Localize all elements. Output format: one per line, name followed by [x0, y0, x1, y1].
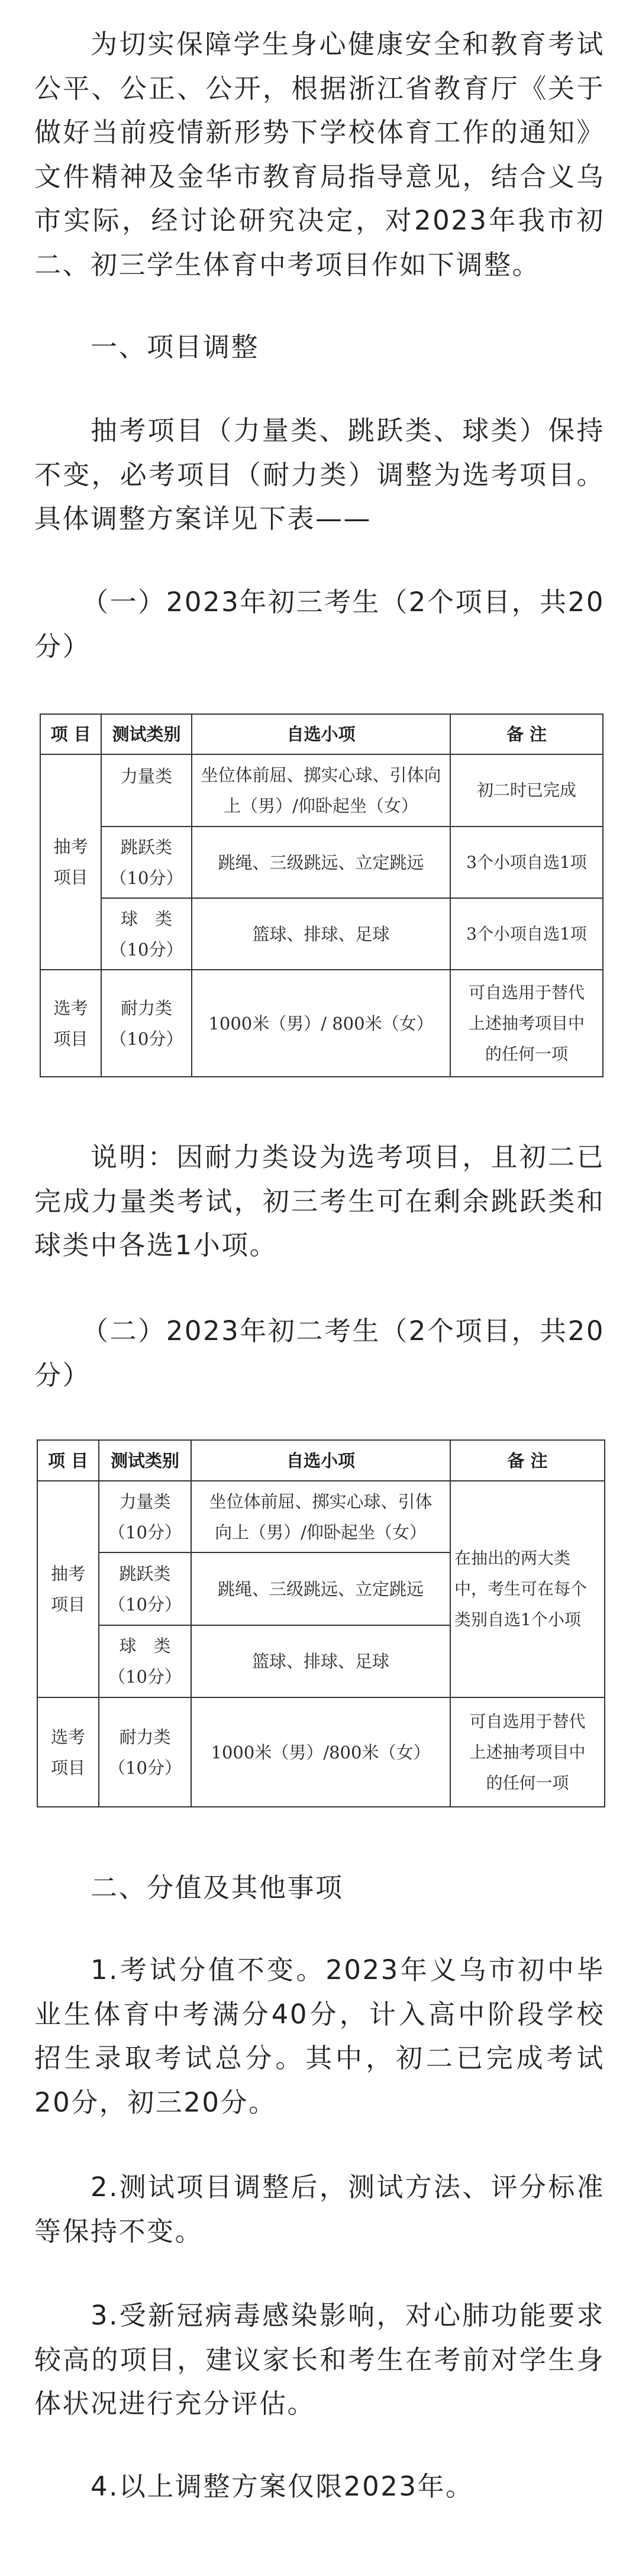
table-header-row: 项 目 测试类别 自选小项 备 注	[37, 1440, 605, 1481]
category-cell: 跳跃类（10分）	[99, 1552, 191, 1625]
table-header-row: 项 目 测试类别 自选小项 备 注	[40, 714, 603, 754]
table-row: 选考项目 耐力类（10分） 1000米（男）/800米（女） 可自选用于替代上述…	[37, 1697, 605, 1807]
category-label: 跳跃类	[103, 1558, 187, 1589]
intro-paragraph: 为切实保障学生身心健康安全和教育考试公平、公正、公开，根据浙江省教育厅《关于做好…	[34, 22, 605, 287]
group-label: 抽考项目	[53, 831, 89, 893]
items-cell: 1000米（男）/ 800米（女）	[192, 970, 450, 1077]
note-text: 在抽出的两大类中，考生可在每个类别自选1个小项	[454, 1543, 601, 1635]
header-items: 自选小项	[191, 1440, 450, 1481]
shared-note-cell: 在抽出的两大类中，考生可在每个类别自选1个小项	[450, 1481, 605, 1697]
note-text: 可自选用于替代上述抽考项目中的任何一项	[464, 977, 589, 1070]
sub2-heading: （二）2023年初二考生（2个项目，共20分）	[34, 1309, 605, 1397]
items-cell: 坐位体前屈、掷实心球、引体向上（男）/仰卧起坐（女）	[191, 1481, 450, 1552]
group-draw-exam: 抽考项目	[40, 754, 101, 970]
category-cell: 跳跃类（10分）	[101, 827, 192, 898]
note-cell: 3个小项自选1项	[450, 827, 603, 898]
category-label: 耐力类	[105, 993, 188, 1024]
table-row: 球 类（10分） 篮球、排球、足球 3个小项自选1项	[40, 898, 603, 970]
category-cell: 耐力类（10分）	[101, 970, 192, 1077]
table-row: 抽考项目 力量类（10分） 坐位体前屈、掷实心球、引体向上（男）/仰卧起坐（女）…	[37, 1481, 605, 1552]
category-cell: 力量类	[101, 754, 192, 827]
category-cell: 力量类（10分）	[99, 1481, 191, 1552]
section2-item-2: 2.测试项目调整后，测试方法、评分标准等保持不变。	[34, 2165, 605, 2254]
table-row: 抽考项目 力量类 坐位体前屈、掷实心球、引体向上（男）/仰卧起坐（女） 初二时已…	[40, 754, 603, 827]
category-label: 球 类	[103, 1631, 187, 1661]
category-cell: 耐力类（10分）	[99, 1697, 191, 1807]
section1-heading: 一、项目调整	[34, 325, 605, 370]
category-score: （10分）	[103, 1752, 187, 1783]
category-cell: 球 类（10分）	[101, 898, 192, 970]
group-label: 选考项目	[53, 993, 89, 1054]
items-cell: 1000米（男）/800米（女）	[191, 1697, 450, 1807]
header-category: 测试类别	[99, 1440, 191, 1481]
explanation-paragraph: 说明：因耐力类设为选考项目，且初二已完成力量类考试，初三考生可在剩余跳跃类和球类…	[34, 1135, 605, 1268]
section2-item-1: 1.考试分值不变。2023年义乌市初中毕业生体育中考满分40分，计入高中阶段学校…	[34, 1948, 605, 2125]
items-cell: 坐位体前屈、掷实心球、引体向上（男）/仰卧起坐（女）	[192, 754, 450, 827]
category-label: 耐力类	[103, 1722, 187, 1752]
group-optional-exam: 选考项目	[37, 1697, 99, 1807]
items-text: 坐位体前屈、掷实心球、引体向上（男）/仰卧起坐（女）	[208, 1486, 433, 1548]
group-optional-exam: 选考项目	[40, 970, 101, 1077]
header-items: 自选小项	[192, 714, 450, 754]
category-cell: 球 类（10分）	[99, 1625, 191, 1697]
category-score: （10分）	[103, 1589, 187, 1620]
table-grade9: 项 目 测试类别 自选小项 备 注 抽考项目 力量类 坐位体前屈、掷实心球、引体…	[40, 714, 603, 1077]
items-cell: 篮球、排球、足球	[191, 1625, 450, 1697]
table-row: 选考项目 耐力类（10分） 1000米（男）/ 800米（女） 可自选用于替代上…	[40, 970, 603, 1077]
category-score: （10分）	[105, 863, 188, 893]
note-cell: 3个小项自选1项	[450, 898, 603, 970]
group-label: 抽考项目	[50, 1558, 86, 1620]
category-score: （10分）	[103, 1517, 187, 1548]
note-cell: 初二时已完成	[450, 754, 603, 827]
note-text: 可自选用于替代上述抽考项目中的任何一项	[466, 1706, 590, 1799]
header-project: 项 目	[37, 1440, 99, 1481]
note-cell: 可自选用于替代上述抽考项目中的任何一项	[450, 970, 603, 1077]
header-note: 备 注	[450, 1440, 605, 1481]
header-project: 项 目	[40, 714, 101, 754]
category-score: （10分）	[105, 934, 188, 965]
section2-item-4: 4.以上调整方案仅限2023年。	[34, 2465, 605, 2509]
category-label: 球 类	[105, 903, 188, 934]
section1-body: 抽考项目（力量类、跳跃类、球类）保持不变，必考项目（耐力类）调整为选考项目。具体…	[34, 409, 605, 541]
category-label: 跳跃类	[105, 832, 188, 863]
group-label: 选考项目	[50, 1722, 86, 1783]
category-score: （10分）	[103, 1661, 187, 1692]
section2-heading: 二、分值及其他事项	[34, 1866, 605, 1910]
table-grade8: 项 目 测试类别 自选小项 备 注 抽考项目 力量类（10分） 坐位体前屈、掷实…	[37, 1439, 605, 1807]
items-cell: 篮球、排球、足球	[192, 898, 450, 970]
header-category: 测试类别	[101, 714, 192, 754]
sub1-heading: （一）2023年初三考生（2个项目，共20分）	[34, 580, 605, 669]
category-score: （10分）	[105, 1024, 188, 1054]
note-cell: 可自选用于替代上述抽考项目中的任何一项	[450, 1697, 605, 1807]
items-cell: 跳绳、三级跳远、立定跳远	[191, 1552, 450, 1625]
header-note: 备 注	[450, 714, 603, 754]
table-row: 跳跃类（10分） 跳绳、三级跳远、立定跳远 3个小项自选1项	[40, 827, 603, 898]
section2-item-3: 3.受新冠病毒感染影响，对心肺功能要求较高的项目，建议家长和考生在考前对学生身体…	[34, 2294, 605, 2426]
items-cell: 跳绳、三级跳远、立定跳远	[192, 827, 450, 898]
category-label: 力量类	[103, 1486, 187, 1517]
group-draw-exam: 抽考项目	[37, 1481, 99, 1697]
